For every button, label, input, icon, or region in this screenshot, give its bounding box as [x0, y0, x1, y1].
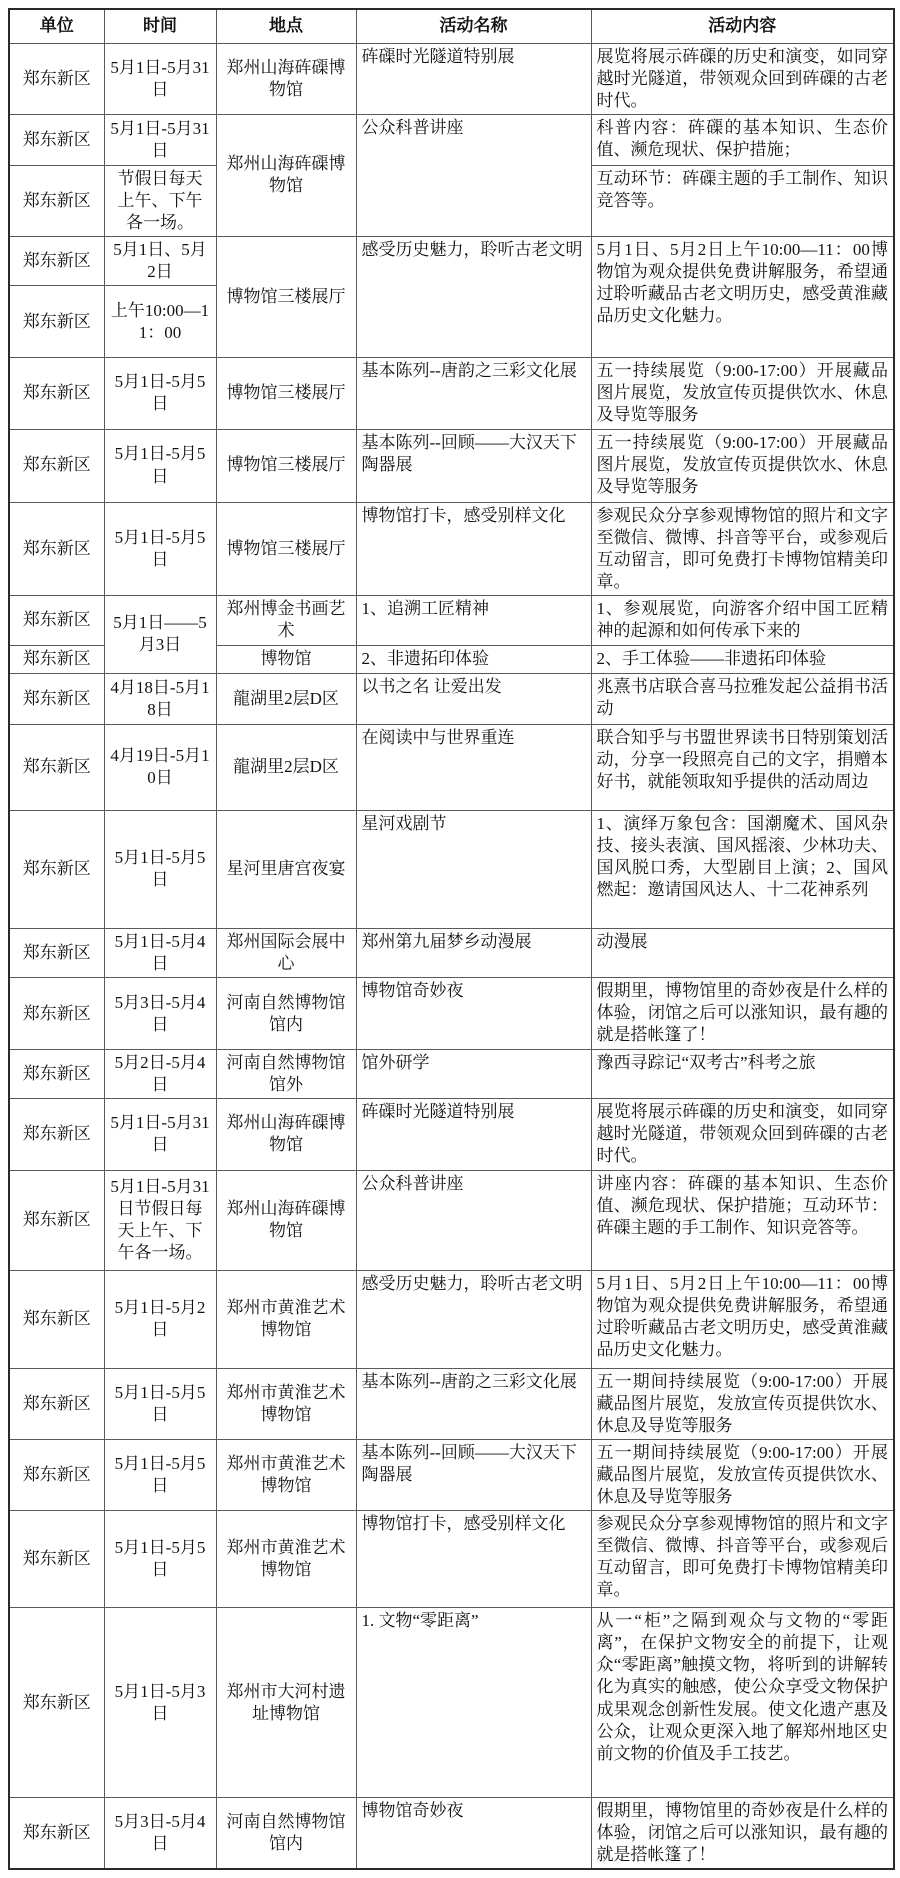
cell-time: 5月2日-5月4日	[104, 1050, 216, 1099]
table-row: 郑东新区 5月1日-5月5日 郑州市黄淮艺术博物馆 博物馆打卡，感受别样文化 参…	[9, 1511, 894, 1608]
cell-time: 5月1日-5月31日	[104, 1099, 216, 1170]
cell-activity-content: 五一持续展览（9:00-17:00）开展藏品图片展览，发放宣传页提供饮水、休息及…	[591, 429, 894, 502]
cell-activity-name: 感受历史魅力，聆听古老文明	[356, 237, 591, 358]
cell-time: 5月1日-5月5日	[104, 810, 216, 928]
cell-place: 郑州国际会展中心	[216, 928, 356, 977]
table-row: 郑东新区 4月19日-5月10日 龍湖里2层D区 在阅读中与世界重连 联合知乎与…	[9, 724, 894, 810]
cell-place: 郑州博金书画艺术	[216, 595, 356, 645]
cell-place: 郑州山海砗磲博物馆	[216, 43, 356, 114]
cell-unit: 郑东新区	[9, 1099, 104, 1170]
cell-unit: 郑东新区	[9, 502, 104, 595]
cell-activity-content: 参观民众分享参观博物馆的照片和文字至微信、微博、抖音等平台，或参观后互动留言，即…	[591, 1511, 894, 1608]
cell-place: 郑州市黄淮艺术博物馆	[216, 1439, 356, 1510]
cell-unit: 郑东新区	[9, 810, 104, 928]
cell-time: 4月18日-5月18日	[104, 673, 216, 724]
cell-activity-content: 假期里，博物馆里的奇妙夜是什么样的体验，闭馆之后可以涨知识，最有趣的就是搭帐篷了…	[591, 1798, 894, 1870]
cell-time: 节假日每天上午、下午各一场。	[104, 165, 216, 236]
cell-activity-name: 博物馆奇妙夜	[356, 1798, 591, 1870]
cell-unit: 郑东新区	[9, 1439, 104, 1510]
cell-activity-name: 基本陈列--回顾——大汉天下陶器展	[356, 429, 591, 502]
cell-unit: 郑东新区	[9, 165, 104, 236]
cell-place: 博物馆三楼展厅	[216, 358, 356, 429]
cell-unit: 郑东新区	[9, 429, 104, 502]
table-row: 郑东新区 5月3日-5月4日 河南自然博物馆馆内 博物馆奇妙夜 假期里，博物馆里…	[9, 978, 894, 1050]
cell-activity-name: 基本陈列--回顾——大汉天下陶器展	[356, 1439, 591, 1510]
cell-place: 郑州市大河村遗址博物馆	[216, 1608, 356, 1798]
cell-place: 郑州市黄淮艺术博物馆	[216, 1270, 356, 1368]
cell-place: 郑州市黄淮艺术博物馆	[216, 1511, 356, 1608]
cell-unit: 郑东新区	[9, 1608, 104, 1798]
table-row: 郑东新区 5月2日-5月4日 河南自然博物馆馆外 馆外研学 豫西寻踪记“双考古”…	[9, 1050, 894, 1099]
cell-activity-name: 馆外研学	[356, 1050, 591, 1099]
cell-activity-content: 联合知乎与书盟世界读书日特别策划活动，分享一段照亮自己的文字，捐赠本好书，就能领…	[591, 724, 894, 810]
header-row: 单位 时间 地点 活动名称 活动内容	[9, 9, 894, 43]
cell-unit: 郑东新区	[9, 43, 104, 114]
cell-unit: 郑东新区	[9, 1511, 104, 1608]
cell-time: 5月1日-5月5日	[104, 1511, 216, 1608]
cell-activity-content: 五一期间持续展览（9:00-17:00）开展藏品图片展览，发放宣传页提供饮水、休…	[591, 1439, 894, 1510]
table-row: 郑东新区 5月1日-5月31日 郑州山海砗磲博物馆 砗磲时光隧道特别展 展览将展…	[9, 43, 894, 114]
cell-place: 河南自然博物馆馆外	[216, 1050, 356, 1099]
table-row: 郑东新区 5月1日-5月4日 郑州国际会展中心 郑州第九届梦乡动漫展 动漫展	[9, 928, 894, 977]
cell-place: 博物馆三楼展厅	[216, 237, 356, 358]
cell-unit: 郑东新区	[9, 286, 104, 358]
cell-activity-name: 郑州第九届梦乡动漫展	[356, 928, 591, 977]
cell-time: 5月1日-5月2日	[104, 1270, 216, 1368]
cell-place: 河南自然博物馆馆内	[216, 1798, 356, 1870]
table-row: 郑东新区 5月1日、5月2日 博物馆三楼展厅 感受历史魅力，聆听古老文明 5月1…	[9, 237, 894, 286]
cell-time: 5月3日-5月4日	[104, 1798, 216, 1870]
cell-activity-name: 公众科普讲座	[356, 1170, 591, 1270]
cell-activity-name: 1、追溯工匠精神	[356, 595, 591, 645]
cell-activity-name: 感受历史魅力，聆听古老文明	[356, 1270, 591, 1368]
cell-activity-content: 五一期间持续展览（9:00-17:00）开展藏品图片展览，发放宣传页提供饮水、休…	[591, 1368, 894, 1439]
cell-time: 5月1日-5月5日	[104, 429, 216, 502]
cell-activity-name: 星河戏剧节	[356, 810, 591, 928]
col-header-activity-name: 活动名称	[356, 9, 591, 43]
cell-unit: 郑东新区	[9, 1270, 104, 1368]
table-row: 郑东新区 5月1日-5月31日 郑州山海砗磲博物馆 公众科普讲座 科普内容：砗磲…	[9, 114, 894, 165]
cell-unit: 郑东新区	[9, 724, 104, 810]
table-row: 郑东新区 5月1日-5月5日 博物馆三楼展厅 博物馆打卡，感受别样文化 参观民众…	[9, 502, 894, 595]
cell-place: 郑州山海砗磲博物馆	[216, 114, 356, 236]
cell-place: 龍湖里2层D区	[216, 673, 356, 724]
cell-activity-name: 砗磲时光隧道特别展	[356, 1099, 591, 1170]
table-row: 郑东新区 5月3日-5月4日 河南自然博物馆馆内 博物馆奇妙夜 假期里，博物馆里…	[9, 1798, 894, 1870]
cell-unit: 郑东新区	[9, 1170, 104, 1270]
col-header-activity-content: 活动内容	[591, 9, 894, 43]
cell-unit: 郑东新区	[9, 673, 104, 724]
cell-activity-content: 科普内容：砗磲的基本知识、生态价值、濒危现状、保护措施；	[591, 114, 894, 165]
col-header-unit: 单位	[9, 9, 104, 43]
cell-unit: 郑东新区	[9, 928, 104, 977]
events-table: 单位 时间 地点 活动名称 活动内容 郑东新区 5月1日-5月31日 郑州山海砗…	[8, 8, 895, 1870]
cell-place: 郑州市黄淮艺术博物馆	[216, 1368, 356, 1439]
cell-activity-content: 从一“柜”之隔到观众与文物的“零距离”，在保护文物安全的前提下，让观众“零距离”…	[591, 1608, 894, 1798]
cell-activity-content: 假期里，博物馆里的奇妙夜是什么样的体验，闭馆之后可以涨知识，最有趣的就是搭帐篷了…	[591, 978, 894, 1050]
cell-unit: 郑东新区	[9, 237, 104, 286]
cell-place: 星河里唐宫夜宴	[216, 810, 356, 928]
cell-time: 5月1日——5月3日	[104, 595, 216, 673]
cell-place: 河南自然博物馆馆内	[216, 978, 356, 1050]
cell-activity-content: 1、参观展览，向游客介绍中国工匠精神的起源和如何传承下来的	[591, 595, 894, 645]
cell-time: 5月1日-5月5日	[104, 502, 216, 595]
table-row: 郑东新区 5月1日-5月5日 郑州市黄淮艺术博物馆 基本陈列--唐韵之三彩文化展…	[9, 1368, 894, 1439]
cell-activity-name: 砗磲时光隧道特别展	[356, 43, 591, 114]
cell-place: 郑州山海砗磲博物馆	[216, 1170, 356, 1270]
cell-place: 博物馆	[216, 645, 356, 673]
cell-time: 5月1日-5月3日	[104, 1608, 216, 1798]
table-row: 郑东新区 5月1日-5月5日 博物馆三楼展厅 基本陈列--唐韵之三彩文化展 五一…	[9, 358, 894, 429]
cell-place: 博物馆三楼展厅	[216, 502, 356, 595]
cell-activity-content: 五一持续展览（9:00-17:00）开展藏品图片展览，发放宣传页提供饮水、休息及…	[591, 358, 894, 429]
cell-activity-name: 博物馆打卡，感受别样文化	[356, 502, 591, 595]
cell-time: 5月1日、5月2日	[104, 237, 216, 286]
cell-activity-name: 在阅读中与世界重连	[356, 724, 591, 810]
cell-activity-name: 公众科普讲座	[356, 114, 591, 236]
table-row: 郑东新区 5月1日-5月3日 郑州市大河村遗址博物馆 1. 文物“零距离” 从一…	[9, 1608, 894, 1798]
cell-unit: 郑东新区	[9, 1368, 104, 1439]
cell-activity-content: 兆熹书店联合喜马拉雅发起公益捐书活动	[591, 673, 894, 724]
table-row: 郑东新区 5月1日-5月5日 星河里唐宫夜宴 星河戏剧节 1、演绎万象包含：国潮…	[9, 810, 894, 928]
cell-activity-content: 5月1日、5月2日上午10:00—11：00博物馆为观众提供免费讲解服务，希望通…	[591, 1270, 894, 1368]
cell-unit: 郑东新区	[9, 1050, 104, 1099]
cell-time: 4月19日-5月10日	[104, 724, 216, 810]
cell-activity-content: 互动环节：砗磲主题的手工制作、知识竞答等。	[591, 165, 894, 236]
cell-unit: 郑东新区	[9, 595, 104, 645]
cell-activity-name: 基本陈列--唐韵之三彩文化展	[356, 1368, 591, 1439]
cell-unit: 郑东新区	[9, 114, 104, 165]
table-row: 郑东新区 5月1日-5月2日 郑州市黄淮艺术博物馆 感受历史魅力，聆听古老文明 …	[9, 1270, 894, 1368]
cell-activity-content: 展览将展示砗磲的历史和演变，如同穿越时光隧道，带领观众回到砗磲的古老时代。	[591, 1099, 894, 1170]
cell-time: 5月1日-5月5日	[104, 358, 216, 429]
cell-time: 上午10:00—11：00	[104, 286, 216, 358]
cell-place: 博物馆三楼展厅	[216, 429, 356, 502]
events-page: 单位 时间 地点 活动名称 活动内容 郑东新区 5月1日-5月31日 郑州山海砗…	[0, 0, 900, 1878]
cell-unit: 郑东新区	[9, 358, 104, 429]
cell-activity-content: 展览将展示砗磲的历史和演变，如同穿越时光隧道，带领观众回到砗磲的古老时代。	[591, 43, 894, 114]
cell-activity-name: 1. 文物“零距离”	[356, 1608, 591, 1798]
table-row: 郑东新区 5月1日-5月5日 博物馆三楼展厅 基本陈列--回顾——大汉天下陶器展…	[9, 429, 894, 502]
cell-activity-name: 基本陈列--唐韵之三彩文化展	[356, 358, 591, 429]
cell-activity-name: 2、非遗拓印体验	[356, 645, 591, 673]
table-row: 郑东新区 5月1日-5月31日节假日每天上午、下午各一场。 郑州山海砗磲博物馆 …	[9, 1170, 894, 1270]
cell-time: 5月1日-5月5日	[104, 1439, 216, 1510]
cell-time: 5月1日-5月31日	[104, 114, 216, 165]
cell-unit: 郑东新区	[9, 645, 104, 673]
table-row: 郑东新区 5月1日——5月3日 郑州博金书画艺术 1、追溯工匠精神 1、参观展览…	[9, 595, 894, 645]
cell-time: 5月1日-5月4日	[104, 928, 216, 977]
cell-place: 郑州山海砗磲博物馆	[216, 1099, 356, 1170]
cell-activity-name: 博物馆打卡，感受别样文化	[356, 1511, 591, 1608]
cell-unit: 郑东新区	[9, 978, 104, 1050]
table-row: 郑东新区 5月1日-5月31日 郑州山海砗磲博物馆 砗磲时光隧道特别展 展览将展…	[9, 1099, 894, 1170]
cell-time: 5月1日-5月31日节假日每天上午、下午各一场。	[104, 1170, 216, 1270]
cell-unit: 郑东新区	[9, 1798, 104, 1870]
cell-activity-name: 博物馆奇妙夜	[356, 978, 591, 1050]
table-row: 郑东新区 4月18日-5月18日 龍湖里2层D区 以书之名 让爱出发 兆熹书店联…	[9, 673, 894, 724]
col-header-time: 时间	[104, 9, 216, 43]
cell-activity-name: 以书之名 让爱出发	[356, 673, 591, 724]
cell-activity-content: 2、手工体验——非遗拓印体验	[591, 645, 894, 673]
table-row: 郑东新区 5月1日-5月5日 郑州市黄淮艺术博物馆 基本陈列--回顾——大汉天下…	[9, 1439, 894, 1510]
cell-activity-content: 豫西寻踪记“双考古”科考之旅	[591, 1050, 894, 1099]
cell-time: 5月1日-5月31日	[104, 43, 216, 114]
cell-activity-content: 讲座内容：砗磲的基本知识、生态价值、濒危现状、保护措施；互动环节：砗磲主题的手工…	[591, 1170, 894, 1270]
cell-activity-content: 1、演绎万象包含：国潮魔术、国风杂技、接头表演、国风摇滚、少林功夫、国风脱口秀，…	[591, 810, 894, 928]
cell-place: 龍湖里2层D区	[216, 724, 356, 810]
cell-activity-content: 动漫展	[591, 928, 894, 977]
col-header-place: 地点	[216, 9, 356, 43]
cell-activity-content: 参观民众分享参观博物馆的照片和文字至微信、微博、抖音等平台，或参观后互动留言，即…	[591, 502, 894, 595]
cell-activity-content: 5月1日、5月2日上午10:00—11：00博物馆为观众提供免费讲解服务，希望通…	[591, 237, 894, 358]
cell-time: 5月3日-5月4日	[104, 978, 216, 1050]
cell-time: 5月1日-5月5日	[104, 1368, 216, 1439]
